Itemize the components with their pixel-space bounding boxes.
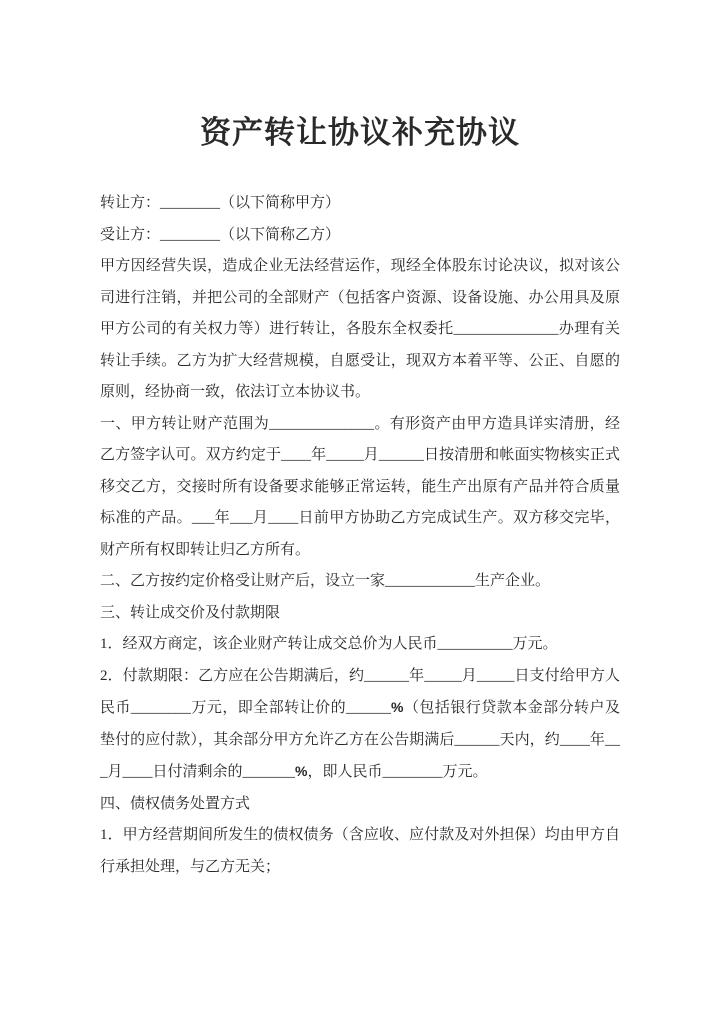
transferee-line: 受让方：________（以下简称乙方） (100, 220, 620, 252)
document-body: 转让方：________（以下简称甲方） 受让方：________（以下简称乙方… (100, 188, 620, 883)
clause-3-heading: 三、转让成交价及付款期限 (100, 598, 620, 630)
percent-sign-1: % (391, 699, 403, 715)
clause-2-new-enterprise: 二、乙方按约定价格受让财产后，设立一家____________生产企业。 (100, 566, 620, 598)
transferor-shortname-note: （以下简称甲方） (220, 195, 340, 211)
transferor-label: 转让方： (100, 195, 160, 211)
clause-1-asset-scope: 一、甲方转让财产范围为______________。有形资产由甲方造具详实清册，… (100, 409, 620, 567)
clause-3-item-2-payment-terms: 2．付款期限：乙方应在公告期满后，约______年_____月_____日支付给… (100, 661, 620, 789)
clause-4-heading: 四、债权债务处置方式 (100, 789, 620, 821)
transferor-line: 转让方：________（以下简称甲方） (100, 188, 620, 220)
transferee-name-blank: ________ (160, 227, 220, 243)
percent-sign-2: % (295, 763, 307, 779)
transferee-shortname-note: （以下简称乙方） (220, 227, 340, 243)
transferee-label: 受让方： (100, 227, 160, 243)
clause-3-item-1-total-price: 1．经双方商定，该企业财产转让成交总价为人民币__________万元。 (100, 629, 620, 661)
document-page: 资产转让协议补充协议 转让方：________（以下简称甲方） 受让方：____… (0, 0, 720, 1017)
preamble-paragraph: 甲方因经营失误，造成企业无法经营运作，现经全体股东讨论决议，拟对该公司进行注销，… (100, 251, 620, 409)
document-title: 资产转让协议补充协议 (100, 112, 620, 154)
transferor-name-blank: ________ (160, 195, 220, 211)
clause-4-item-1-debts: 1．甲方经营期间所发生的债权债务（含应收、应付款及对外担保）均由甲方自行承担处理… (100, 820, 620, 883)
payment-terms-text-3: ，即人民币________万元。 (307, 764, 487, 780)
